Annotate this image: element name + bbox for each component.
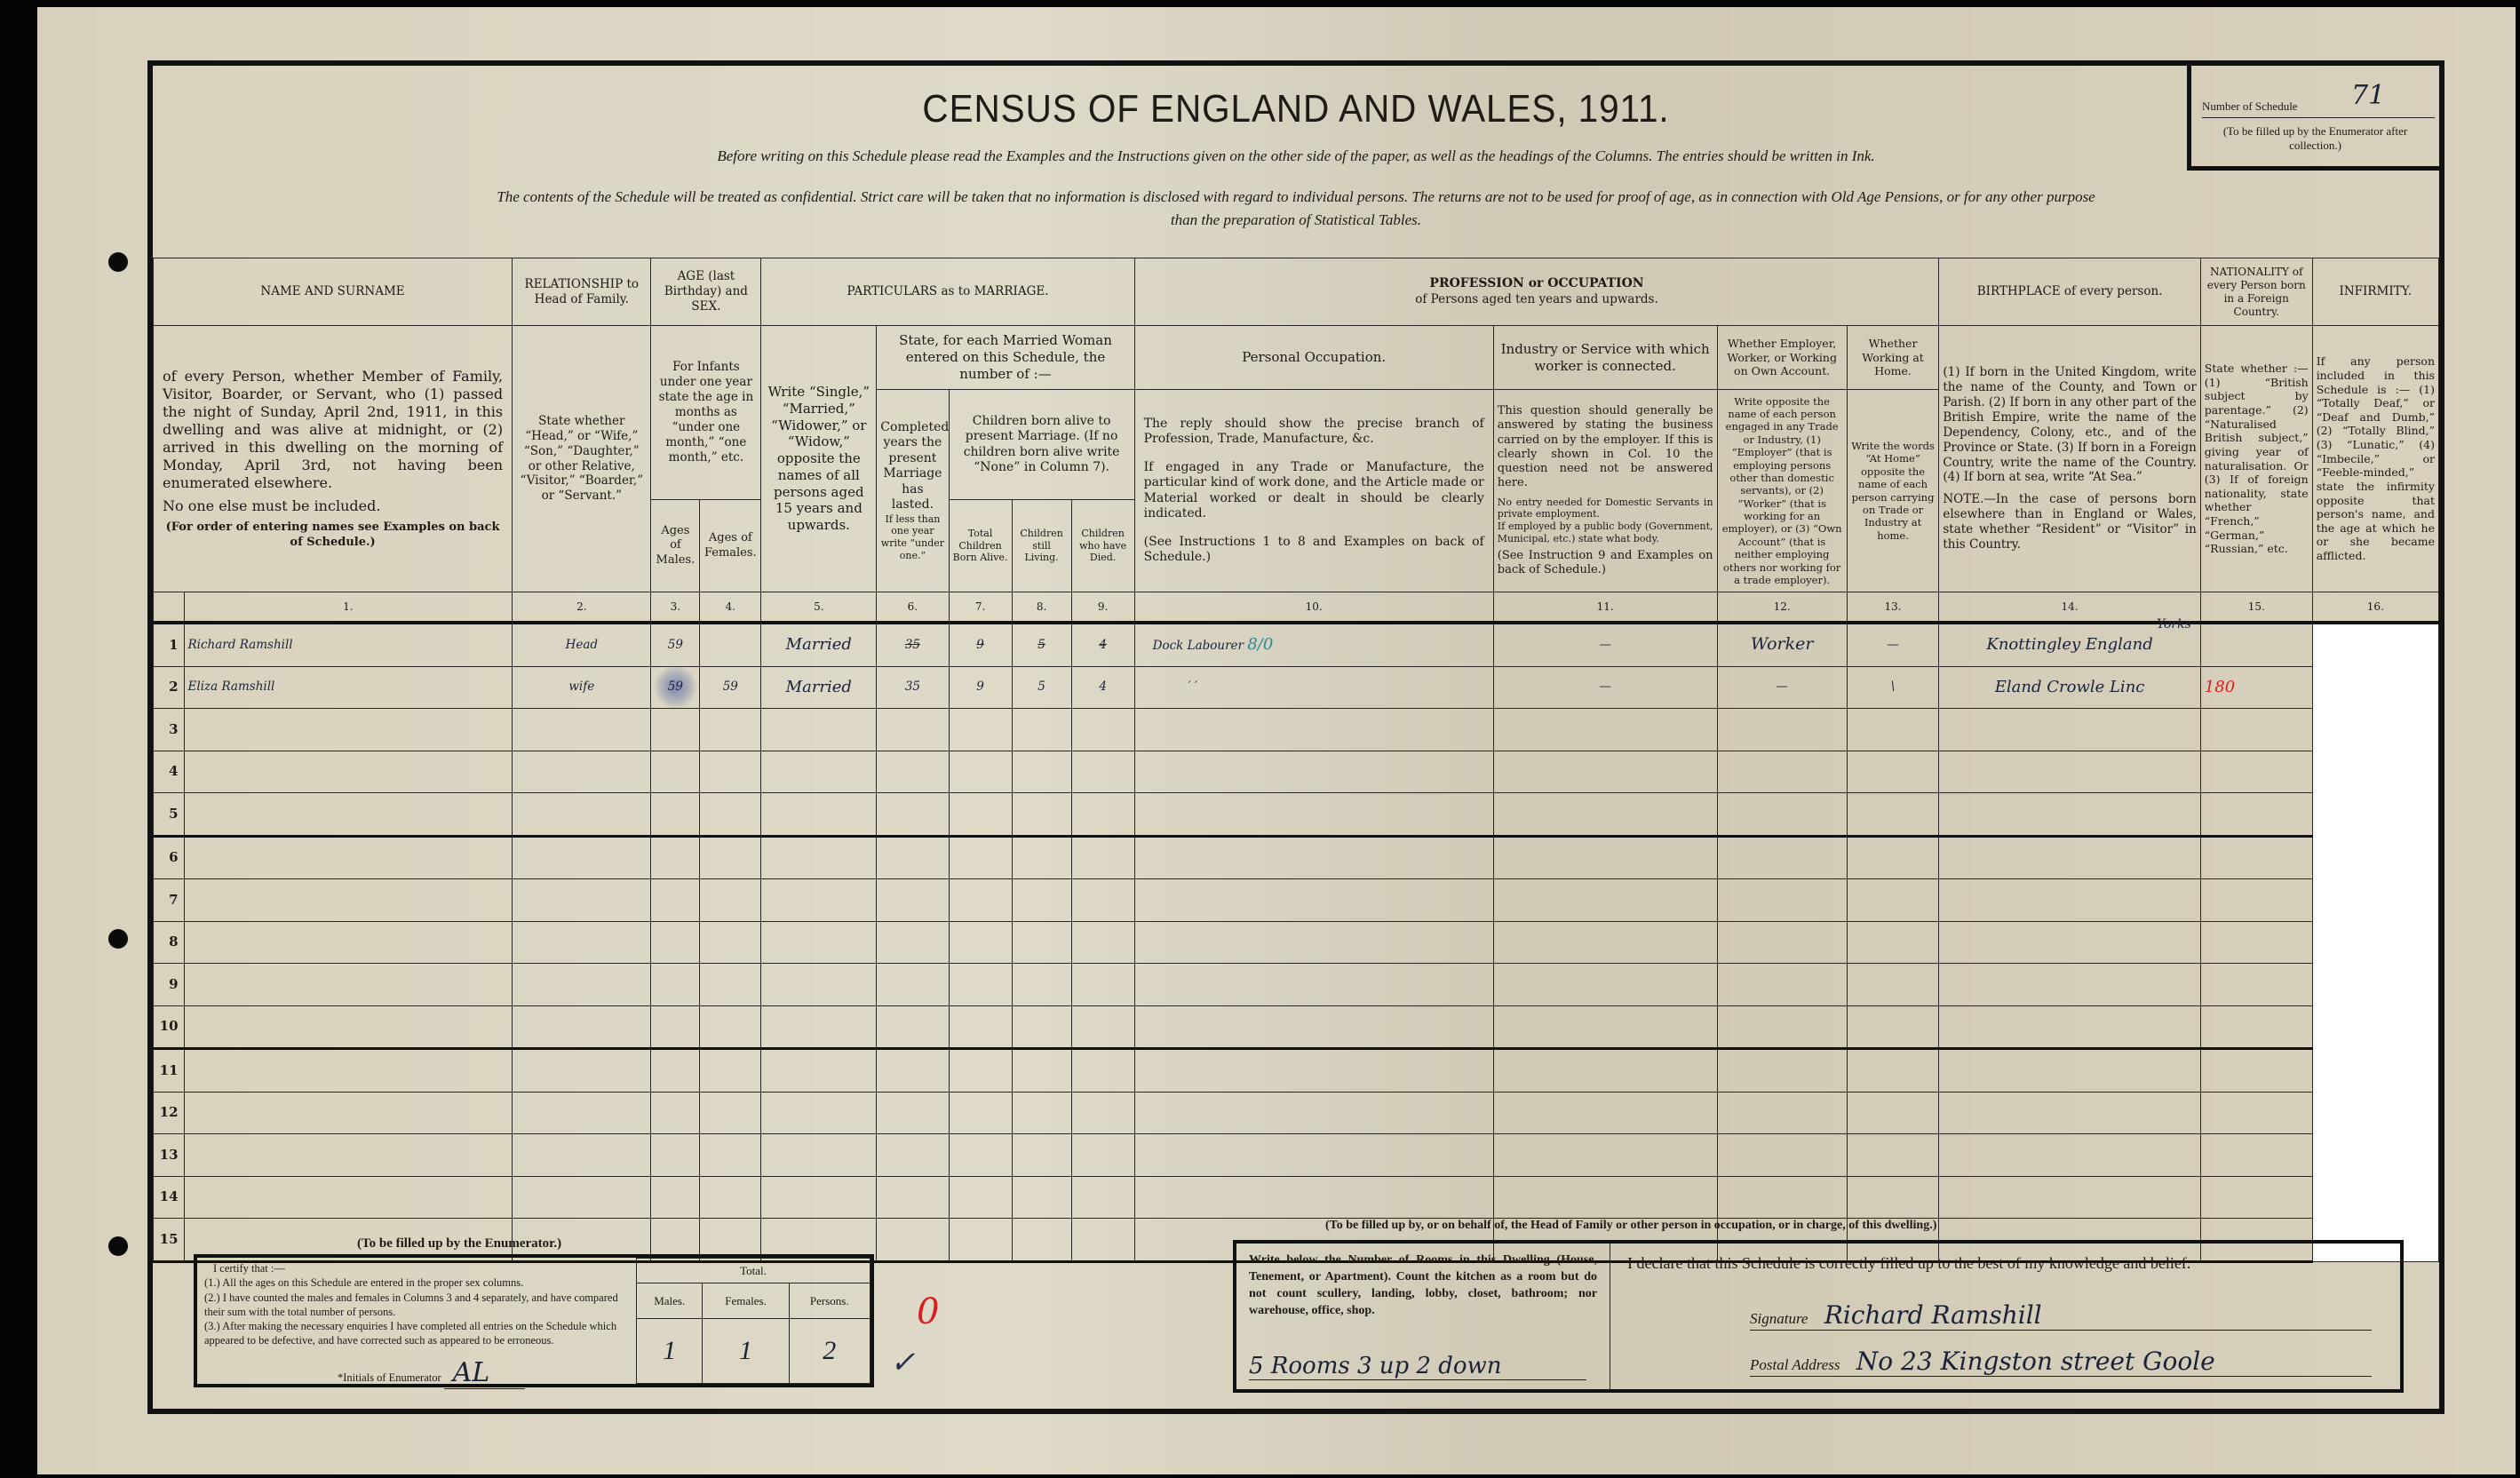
name-cell[interactable] [184,1176,513,1219]
table-row: 11 [154,1049,2439,1093]
col-num-3: 3. [651,592,700,624]
col-num-10: 10. [1134,592,1493,624]
employer-cell[interactable]: — [1717,666,1847,709]
employer-instructions: Write opposite the name of each person e… [1717,390,1847,592]
enumerator-initials[interactable]: AL [444,1357,526,1389]
schedule-number-value[interactable]: 71 [2351,80,2385,111]
name-cell[interactable] [184,793,513,837]
nationality-heading: NATIONALITY of every Person born in a Fo… [2200,258,2312,326]
row-number: 13 [154,1134,185,1177]
col-num-12: 12. [1717,592,1847,624]
household-section-label: (To be filled up by, or on behalf of, th… [1325,1219,1936,1233]
birthplace-note: NOTE.—In the case of persons born elsewh… [1943,492,2196,552]
col-num-8: 8. [1012,592,1071,624]
personal-occupation-instructions: The reply should show the precise branch… [1134,390,1493,592]
age-female-cell[interactable]: 59 [700,666,761,709]
ages-females-heading: Ages of Females. [700,500,761,592]
industry-instr-2: No entry needed for Domestic Servants in… [1498,497,1713,521]
table-row: 14 [154,1176,2439,1219]
total-persons-value[interactable]: 2 [789,1319,870,1384]
table-row: 12 [154,1092,2439,1134]
industry-cell[interactable]: — [1493,623,1717,666]
age-instructions: For Infants under one year state the age… [651,326,761,500]
years-married-text: Completed years the present Marriage has… [880,420,944,513]
certify-item-2: (2.) I have counted the males and female… [204,1291,631,1320]
home-cell[interactable]: \ [1847,666,1939,709]
children-living-cell[interactable]: 5 [1012,666,1071,709]
table-row: 6 [154,836,2439,879]
table-row: 7 [154,879,2439,922]
confidential-line-2: than the preparation of Statistical Tabl… [153,211,2439,229]
name-cell[interactable] [184,1092,513,1134]
col-num-13: 13. [1847,592,1939,624]
row-number: 9 [154,964,185,1006]
rooms-instructions: Write below the Number of Rooms in this … [1236,1244,1610,1329]
relationship-heading: RELATIONSHIP to Head of Family. [513,258,651,326]
check-mark: ✓ [890,1345,916,1380]
table-row: 8 [154,921,2439,964]
industry-instr-1: This question should generally be answer… [1498,404,1713,491]
relationship-cell[interactable]: wife [513,666,651,709]
age-heading: AGE (last Birthday) and SEX. [651,258,761,326]
table-row: 9 [154,964,2439,1006]
signature-value[interactable]: Richard Ramshill [1824,1300,2042,1330]
row-number: 3 [154,709,185,751]
condition-cell[interactable]: Married [761,666,877,709]
col-num-4: 4. [700,592,761,624]
years-married-heading: Completed years the present Marriage has… [877,390,949,592]
condition-instructions: Write “Single,” “Married,” “Widower,” or… [761,326,877,592]
name-note: No one else must be included. [163,497,503,515]
col-num-9: 9. [1071,592,1134,624]
name-cell[interactable] [184,836,513,879]
occupation-title: PROFESSION or OCCUPATION [1139,276,1936,292]
row-number: 11 [154,1049,185,1093]
industry-instr-4: (See Instruction 9 and Examples on back … [1498,549,1713,578]
col-num-11: 11. [1493,592,1717,624]
birthplace-instructions-text: (1) If born in the United Kingdom, write… [1943,365,2196,485]
females-label: Females. [703,1283,789,1319]
signature-label: Signature [1750,1310,1808,1327]
personal-occupation-heading: Personal Occupation. [1134,326,1493,390]
marriage-heading: PARTICULARS as to MARRIAGE. [761,258,1134,326]
total-label: Total. [637,1259,870,1283]
relationship-instructions: State whether “Head,” or “Wife,” “Son,” … [513,326,651,592]
col-num-1: 1. [184,592,513,624]
infirmity-cell-redacted [2312,623,2438,1261]
birthplace-county-note: Yorks [2157,617,2191,633]
row-number: 10 [154,1005,185,1049]
age-female-cell[interactable] [700,623,761,666]
years-married-cell[interactable]: 35 [877,623,949,666]
occupation-cell[interactable]: Dock Labourer 8/0 [1134,623,1493,666]
occupation-heading: PROFESSION or OCCUPATIONof Persons aged … [1134,258,1939,326]
name-cell[interactable] [184,751,513,793]
personal-instr-1: The reply should show the precise branch… [1144,417,1484,448]
infirmity-heading: INFIRMITY. [2312,258,2438,326]
table-row: 5 [154,793,2439,837]
row-number: 1 [154,623,185,666]
declaration-text: I declare that this Schedule is correctl… [1627,1254,2190,1273]
children-died-heading: Children who have Died. [1071,500,1134,592]
industry-instr-3: If employed by a public body (Government… [1498,520,1713,545]
table-row: 1 Richard Ramshill Head 59 Married 35 9 … [154,623,2439,666]
birthplace-cell[interactable]: YorksKnottingley England [1939,623,2200,666]
males-label: Males. [637,1283,703,1319]
row-number: 5 [154,793,185,837]
certify-item-1: (1.) All the ages on this Schedule are e… [204,1275,631,1290]
name-cell[interactable] [184,921,513,964]
table-row: 3 [154,709,2439,751]
total-children-heading: Total Children Born Alive. [949,500,1012,592]
total-children-cell[interactable]: 9 [949,666,1012,709]
row-number: 15 [154,1219,185,1262]
birthplace-text: Knottingley England [1986,635,2152,654]
schedule-number-box: Number of Schedule 71 (To be filled up b… [2187,66,2439,171]
age-male-cell-blotted[interactable]: 59 [651,666,700,709]
table-row: 4 [154,751,2439,793]
col-num-15: 15. [2200,592,2312,624]
confidential-line: The contents of the Schedule will be tre… [153,188,2439,206]
occupation-code-mark: 8/0 [1247,635,1273,654]
total-females-value[interactable]: 1 [703,1319,789,1384]
census-table: NAME AND SURNAME RELATIONSHIP to Head of… [153,258,2439,1263]
nationality-cell[interactable] [2200,623,2312,666]
row-number: 7 [154,879,185,922]
name-instructions-text: of every Person, whether Member of Famil… [163,368,503,492]
condition-cell[interactable]: Married [761,623,877,666]
table-row: 13 [154,1134,2439,1177]
punch-hole [108,252,128,272]
years-married-note: If less than one year write “under one.” [880,513,944,562]
relationship-cell[interactable]: Head [513,623,651,666]
enumerator-certificate: I certify that :— (1.) All the ages on t… [194,1254,874,1387]
name-cell[interactable] [184,1005,513,1049]
name-order-note: (For order of entering names see Example… [163,520,503,550]
name-cell[interactable] [184,1049,513,1093]
persons-label: Persons. [789,1283,870,1319]
row-number: 2 [154,666,185,709]
children-heading: Children born alive to present Marriage.… [949,390,1134,500]
employer-heading: Whether Employer, Worker, or Working on … [1717,326,1847,390]
certify-item-3: (3.) After making the necessary enquirie… [204,1319,631,1348]
home-instructions: Write the words “At Home” opposite the n… [1847,390,1939,592]
totals-table: Total. Males. Females. Persons. 1 1 2 [636,1258,870,1384]
industry-heading: Industry or Service with which worker is… [1493,326,1717,390]
occupation-subtitle: of Persons aged ten years and upwards. [1139,292,1936,307]
col-num-6: 6. [877,592,949,624]
punch-hole [108,1236,128,1256]
birthplace-cell[interactable]: Eland Crowle Linc [1939,666,2200,709]
red-zero-mark: 0 [917,1291,939,1332]
row-number: 14 [154,1176,185,1219]
home-heading: Whether Working at Home. [1847,326,1939,390]
certify-heading: I certify that :— [204,1261,631,1275]
nationality-cell-red-mark[interactable]: 180 [2200,666,2312,709]
row-number: 8 [154,921,185,964]
nationality-instructions: State whether :— (1) “British subject by… [2200,326,2312,592]
col-num-5: 5. [761,592,877,624]
row-number: 6 [154,836,185,879]
column-number-row: 1. 2. 3. 4. 5. 6. 7. 8. 9. 10. 11. 12. 1… [154,592,2439,624]
col-num-16: 16. [2312,592,2438,624]
row-number: 4 [154,751,185,793]
name-cell[interactable]: Eliza Ramshill [184,666,513,709]
children-died-cell[interactable]: 4 [1071,666,1134,709]
infirmity-instructions: If any person included in this Schedule … [2312,326,2438,592]
name-instructions: of every Person, whether Member of Famil… [154,326,513,592]
children-living-heading: Children still Living. [1012,500,1071,592]
name-cell[interactable] [184,879,513,922]
years-married-cell[interactable]: 35 [877,666,949,709]
employer-cell[interactable]: Worker [1717,623,1847,666]
name-heading: NAME AND SURNAME [154,258,513,326]
table-row: 10 [154,1005,2439,1049]
household-declaration-box: Write below the Number of Rooms in this … [1233,1240,2404,1393]
col-num-7: 7. [949,592,1012,624]
children-died-cell[interactable]: 4 [1071,623,1134,666]
birthplace-heading: BIRTHPLACE of every person. [1939,258,2200,326]
schedule-number-note: (To be filled up by the Enumerator after… [2198,124,2432,153]
children-living-cell[interactable]: 5 [1012,623,1071,666]
row-number: 12 [154,1092,185,1134]
name-cell[interactable] [184,964,513,1006]
name-cell[interactable]: Richard Ramshill [184,623,513,666]
col-num-2: 2. [513,592,651,624]
postal-address-label: Postal Address [1750,1356,1840,1373]
age-male-cell[interactable]: 59 [651,623,700,666]
birthplace-instructions: (1) If born in the United Kingdom, write… [1939,326,2200,592]
name-cell[interactable] [184,709,513,751]
initials-label: *Initials of Enumerator [338,1371,441,1384]
schedule-frame: CENSUS OF ENGLAND AND WALES, 1911. Befor… [147,60,2444,1414]
personal-instr-3: (See Instructions 1 to 8 and Examples on… [1144,535,1484,566]
personal-instr-2: If engaged in any Trade or Manufacture, … [1144,460,1484,522]
occupation-cell[interactable]: ′ ′ [1134,666,1493,709]
ages-males-heading: Ages of Males. [651,500,700,592]
postal-address-value[interactable]: No 23 Kingston street Goole [1856,1347,2215,1376]
total-males-value[interactable]: 1 [637,1319,703,1384]
home-cell[interactable]: — [1847,623,1939,666]
industry-cell[interactable]: — [1493,666,1717,709]
header-row-main: NAME AND SURNAME RELATIONSHIP to Head of… [154,258,2439,326]
name-cell[interactable] [184,1134,513,1177]
page-title: CENSUS OF ENGLAND AND WALES, 1911. [244,87,2348,131]
instruction-line: Before writing on this Schedule please r… [153,147,2439,165]
married-woman-instructions: State, for each Married Woman entered on… [877,326,1134,390]
occupation-text: Dock Labourer [1153,639,1244,653]
punch-hole [108,929,128,949]
table-row: 2 Eliza Ramshill wife 59 59 Married 35 9… [154,666,2439,709]
enumerator-section-label: (To be filled up by the Enumerator.) [357,1236,561,1252]
total-children-cell[interactable]: 9 [949,623,1012,666]
rooms-value[interactable]: 5 Rooms 3 up 2 down [1249,1353,1586,1380]
schedule-number-label: Number of Schedule [2202,99,2298,113]
industry-instructions: This question should generally be answer… [1493,390,1717,592]
